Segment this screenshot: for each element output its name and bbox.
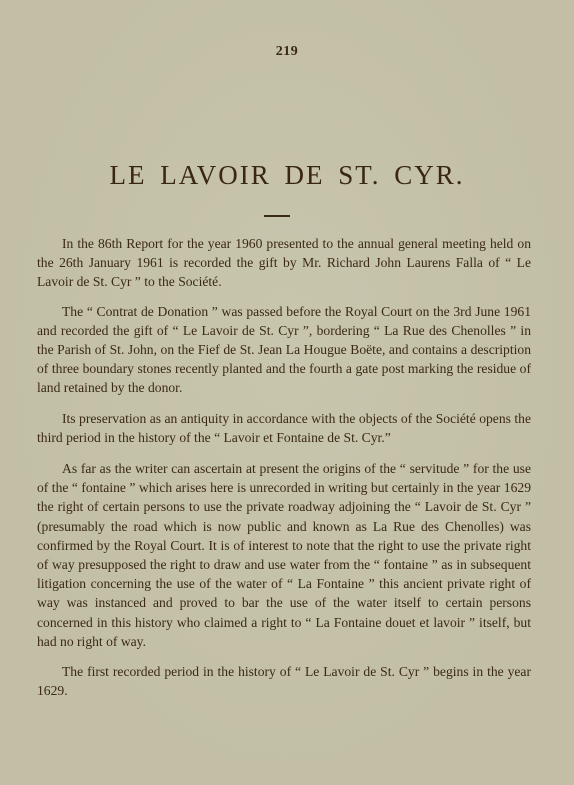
paragraph-4: As far as the writer can ascertain at pr… (37, 459, 531, 651)
paragraph-3: Its preservation as an antiquity in acco… (37, 409, 531, 447)
paragraph-5: The first recorded period in the history… (37, 662, 531, 700)
page-number: 219 (0, 44, 574, 60)
paragraph-2: The “ Contrat de Donation ” was passed b… (37, 302, 531, 398)
article-body: In the 86th Report for the year 1960 pre… (37, 234, 531, 710)
page-title: LE LAVOIR DE ST. CYR. (0, 160, 574, 191)
book-page: 219 LE LAVOIR DE ST. CYR. In the 86th Re… (0, 0, 574, 785)
title-divider (264, 215, 290, 217)
paragraph-1: In the 86th Report for the year 1960 pre… (37, 234, 531, 292)
